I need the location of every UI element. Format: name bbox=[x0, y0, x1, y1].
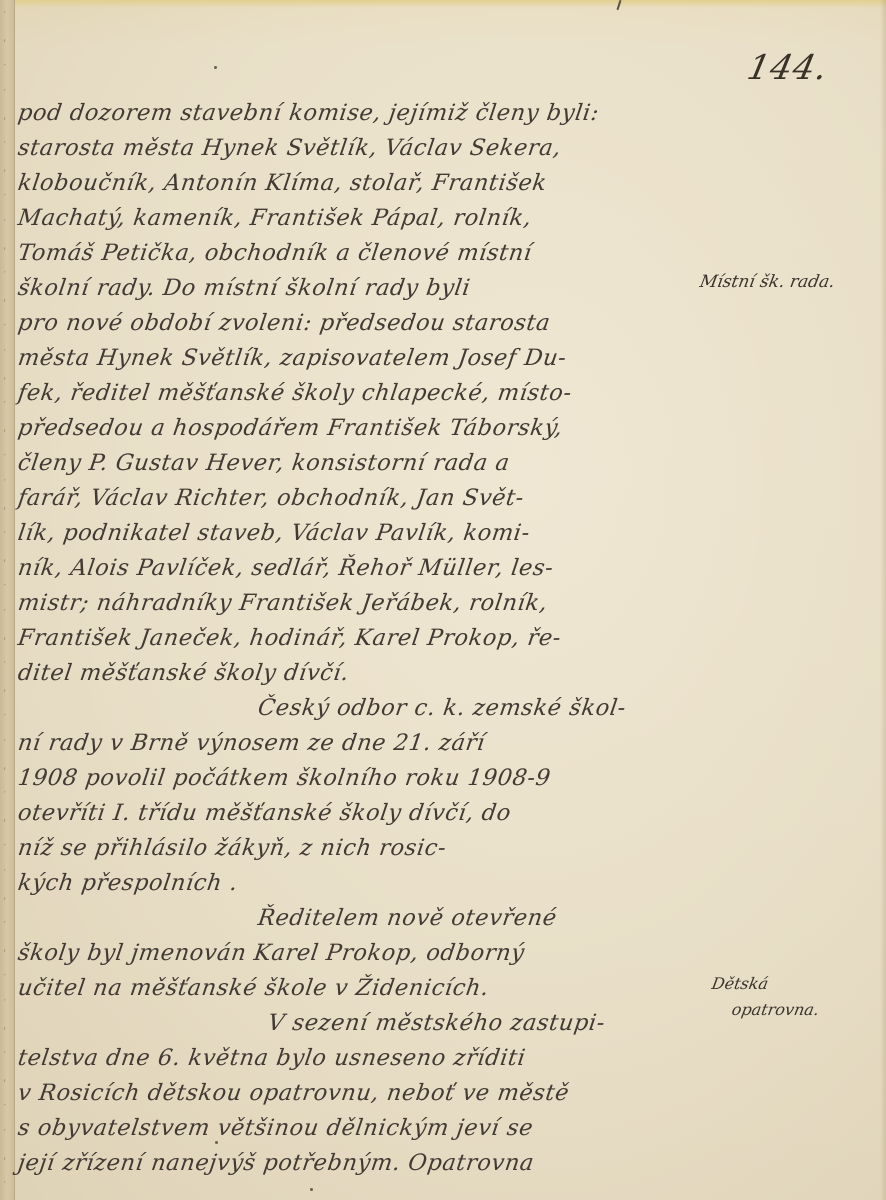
text-line: starosta města Hynek Světlík, Václav Sek… bbox=[16, 131, 701, 166]
text-line: předsedou a hospodářem František Táborsk… bbox=[16, 411, 701, 446]
top-edge-stain bbox=[0, 0, 886, 8]
paragraph-start-line: V sezení městského zastupi- bbox=[16, 1006, 701, 1041]
text-line: členy P. Gustav Hever, konsistorní rada … bbox=[16, 446, 701, 481]
text-line: lík, podnikatel staveb, Václav Pavlík, k… bbox=[16, 516, 701, 551]
margin-note-detska: Dětská bbox=[710, 974, 770, 993]
paragraph-start-line: Ředitelem nově otevřené bbox=[16, 901, 701, 936]
text-line: fek, ředitel měšťanské školy chlapecké, … bbox=[16, 376, 701, 411]
text-line: Tomáš Petička, obchodník a členové místn… bbox=[16, 236, 701, 271]
margin-note-opatrovna: opatrovna. bbox=[730, 1000, 820, 1019]
text-line: ník, Alois Pavlíček, sedlář, Řehoř Mülle… bbox=[16, 551, 701, 586]
text-line: učitel na měšťanské škole v Židenicích. bbox=[16, 971, 701, 1006]
page-number: 144. bbox=[744, 48, 832, 88]
ink-speck bbox=[310, 1188, 313, 1191]
text-line: Machatý, kameník, František Pápal, rolní… bbox=[16, 201, 701, 236]
binding-bleedthrough-marks: · , - · ‚ · , - · ‚ · , - · ‚ · , - · ‚ … bbox=[2, 0, 12, 1200]
text-line: města Hynek Světlík, zapisovatelem Josef… bbox=[16, 341, 701, 376]
text-line: její zřízení nanejvýš potřebným. Opatrov… bbox=[16, 1146, 701, 1181]
text-line: školy byl jmenován Karel Prokop, odborný bbox=[16, 936, 701, 971]
text-line: v Rosicích dětskou opatrovnu, neboť ve m… bbox=[16, 1076, 701, 1111]
text-line: 1908 povolil počátkem školního roku 1908… bbox=[16, 761, 701, 796]
text-line: školní rady. Do místní školní rady byli bbox=[16, 271, 701, 306]
text-line: otevříti I. třídu měšťanské školy dívčí,… bbox=[16, 796, 701, 831]
book-binding: · , - · ‚ · , - · ‚ · , - · ‚ · , - · ‚ … bbox=[0, 0, 15, 1200]
text-line: s obyvatelstvem většinou dělnickým jeví … bbox=[16, 1111, 701, 1146]
paragraph-start-line: Český odbor c. k. zemské škol- bbox=[16, 691, 701, 726]
text-line: telstva dne 6. května bylo usneseno zříd… bbox=[16, 1041, 701, 1076]
ink-speck bbox=[215, 1141, 218, 1144]
text-line: pod dozorem stavební komise, jejímiž čle… bbox=[16, 96, 701, 131]
text-line: níž se přihlásilo žákyň, z nich rosic- bbox=[16, 831, 701, 866]
margin-note-skolni-rada: Místní šk. rada. bbox=[698, 272, 836, 292]
text-line: mistr; náhradníky František Jeřábek, rol… bbox=[16, 586, 701, 621]
text-line: pro nové období zvoleni: předsedou staro… bbox=[16, 306, 701, 341]
handwritten-body: pod dozorem stavební komise, jejímiž čle… bbox=[18, 96, 698, 1181]
ink-speck bbox=[214, 66, 217, 69]
text-line: František Janeček, hodinář, Karel Prokop… bbox=[16, 621, 701, 656]
text-line: farář, Václav Richter, obchodník, Jan Sv… bbox=[16, 481, 701, 516]
text-line: kloboučník, Antonín Klíma, stolař, Frant… bbox=[16, 166, 701, 201]
chronicle-page: · , - · ‚ · , - · ‚ · , - · ‚ · , - · ‚ … bbox=[0, 0, 886, 1200]
text-line: ditel měšťanské školy dívčí. bbox=[16, 656, 701, 691]
text-line: kých přespolních . bbox=[16, 866, 701, 901]
right-page-edge bbox=[880, 0, 886, 1200]
text-line: ní rady v Brně výnosem ze dne 21. září bbox=[16, 726, 701, 761]
